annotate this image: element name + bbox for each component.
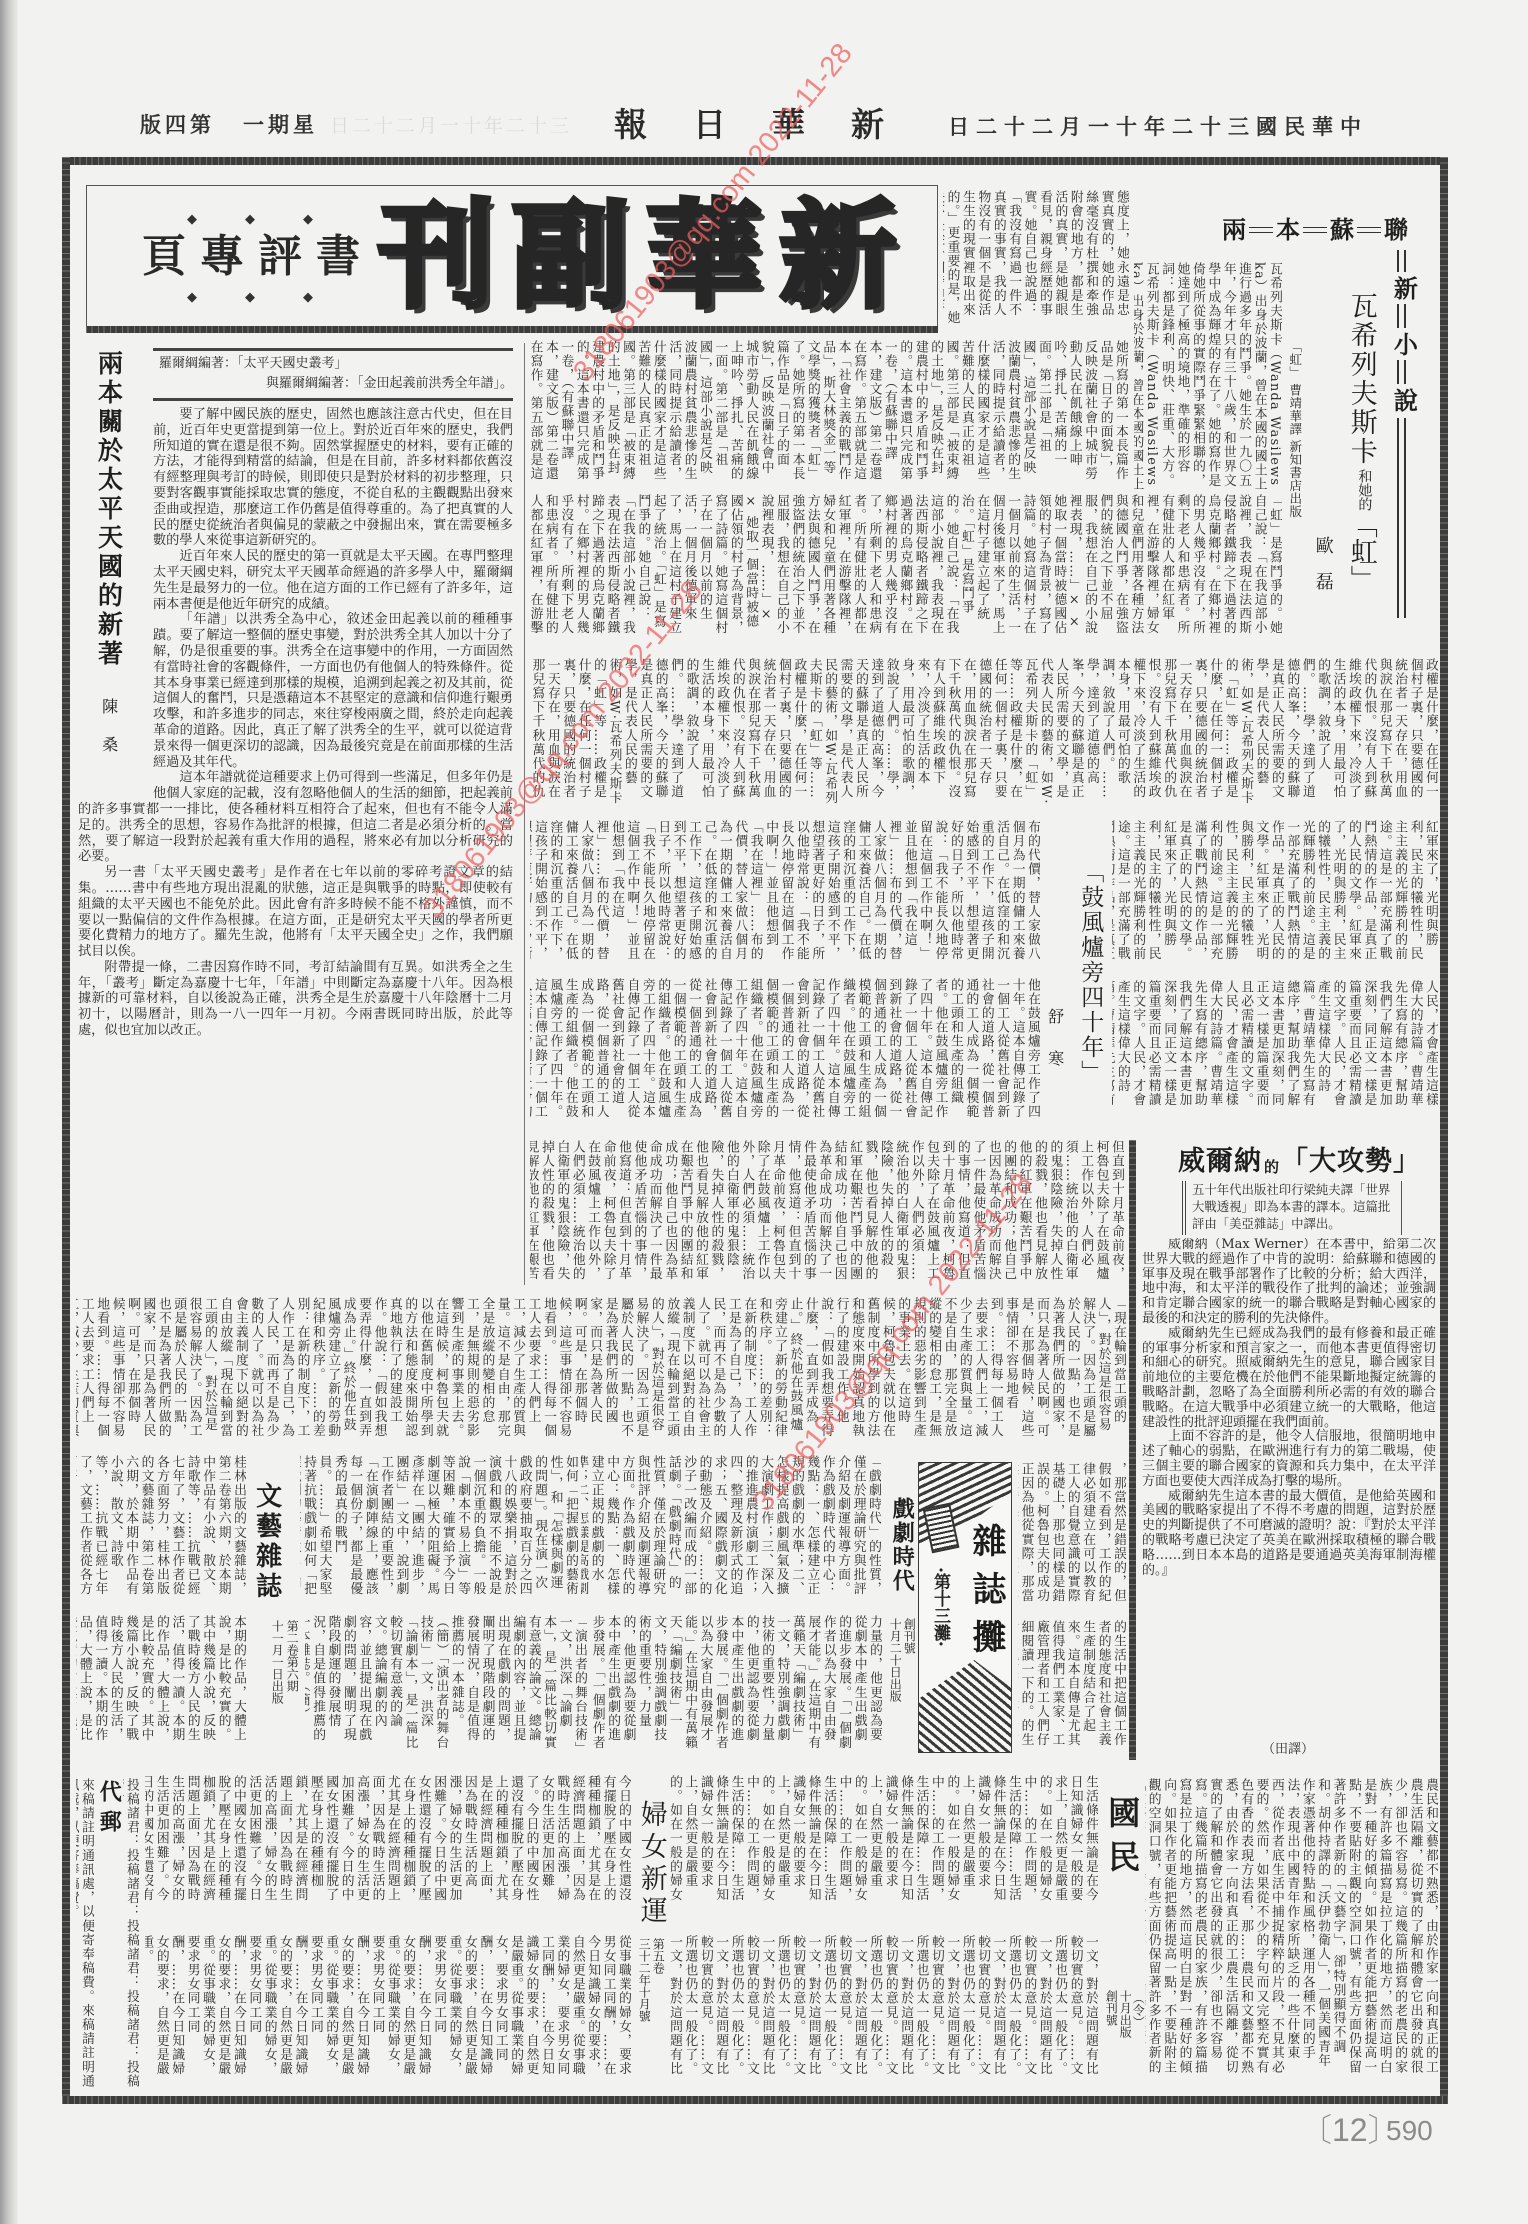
great-offensive-headline: 威爾納 的 「大攻勢」 [1178, 1146, 1421, 1178]
paragraph: 威爾納先生這本書的最大價值，是他給英國和美國的戰略家提出了不得不考慮的問題，這對… [1142, 1490, 1436, 1579]
diamond-ornament-icon: ◆ [187, 213, 197, 226]
page-bracket-number: 〔12〕 [1300, 2114, 1400, 2146]
page-number: 590 [1386, 2117, 1433, 2145]
headline-particle: 的 [1264, 1156, 1279, 1178]
rainbow-text-tier: 政權是什麼，在任何一個村子裏，只要德國的統治者一天存在，用血與淚在那兒寫下千秋萬… [530, 658, 1438, 806]
diamond-ornament-icon: ◆ [245, 213, 255, 226]
section-divider-bar [1129, 1140, 1136, 1760]
citizen-magazine-heading: 國民 [1104, 1796, 1139, 1884]
mail-heading: 代郵 [97, 1780, 121, 1840]
paragraph: 上面不容許的是，他令人信服地，很簡明地申述了軸心的弱點，在歐洲進行有力的第二戰場… [1142, 1430, 1436, 1489]
headline-title: 「大攻勢」 [1281, 1146, 1421, 1178]
literature-magazine-info: 第二卷第六期 [285, 1620, 298, 1692]
rainbow-text-tier: 紅軍來了，光明與勝利，民主的犧牲性，民主主義的光輝勝利的前途。這是一部充滿了戰鬥… [1112, 820, 1438, 962]
woodcut-stripes-icon [919, 1660, 1011, 1752]
literature-magazine-heading: 文藝雜誌 [252, 1482, 281, 1602]
frame-left-rule [62, 157, 70, 2104]
women-magazine-info: 三十二年十月號 [637, 1938, 650, 2022]
taiping-body: 要了解中國民族的歷史，固然也應該注意古代史，但在目前，近百年史更當提到第一位上。… [78, 407, 513, 1039]
diamond-ornament-icon: ◆ [245, 291, 255, 304]
paragraph: 這本年譜就從這種要求上仍可得到一些滿足，但多年仍是他個人家庭的記載，沒有忽略他個… [78, 770, 513, 865]
paragraph: 近百年來人民的歷史的第一頁就是太平天國。在專門整理太平天國史料，研究太平天國革命… [78, 549, 513, 612]
paragraph: 威爾納（Max Werner）在本書中，給第二次世界大戰的經過作了中肯的說明：給… [1142, 1238, 1436, 1327]
rainbow-text-tier: 她所寫的第一本長篇作品是「日子的面貌」，反映波蘭社會中城市勞動人民在飢餓線上呻吟… [530, 340, 1128, 487]
literature-magazine-text: 桂林出版的文藝雜誌，第二卷第六期，於本期中作品有小說、散文、詩歌等，……抗戰已經… [76, 1455, 246, 1601]
diamond-ornament-icon: ◆ [303, 213, 313, 226]
drama-times-text: 「演出者的舞台技術」一文，洪深「論劇本」，是一篇比較切實有意義的論文。總論編劇的… [305, 1615, 587, 1755]
citizen-magazine-info: 十月出版 [1118, 1990, 1131, 2038]
great-offensive-body: 威爾納（Max Werner）在本書中，給第二次世界大戰的經過作了中肯的說明：給… [1142, 1238, 1436, 1743]
blast-furnace-text-tier: 「現在輪到當工頭的人」，對於這是很容易解決了。因為工頭是屬於人民的一點，也不是為… [76, 1297, 1126, 1442]
paragraph: 要了解中國民族的歷史，固然也應該注意古代史，但在目前，近百年史更當提到第一位上。… [78, 407, 513, 549]
blast-furnace-author: 舒寒 [1046, 1008, 1064, 1092]
blast-furnace-text-tier: 他在鼓風爐旁工作了四十年。這本自傳記錄了一個工人從舊社會到新社會的道路，從一個普… [530, 978, 1040, 1122]
rainbow-headline-connector: 和她的 [1356, 469, 1371, 511]
great-offensive-note: 五十年代出版社印行梁純夫譯「世界大戰透視」即為本書的譯本。這篇批評由「美亞雜誌」… [1182, 1181, 1402, 1235]
bleed-through-text: 三十二年十一月二十二日 [330, 117, 572, 136]
rainbow-headline: 瓦希列夫斯卡 [1346, 292, 1376, 466]
blast-furnace-ending: ，那當然是錯誤的，但假如不看到，工作的紀律必須建立在可以教育工人的自覺意識的實際… [1018, 1462, 1126, 1607]
women-magazine-info: 第五卷 [651, 1938, 664, 1974]
weekday-label: 星期一 [243, 114, 318, 135]
double-line-separator [1357, 227, 1381, 233]
women-magazine-text: 今日的中國女性還沒有擺脫了壓在身上的種種枷鎖，尤其是在經濟問題上面，因為戰時生活… [145, 1775, 631, 1913]
women-magazine-text: 生活條件無論是在今日知識婦女一般的要求上，自然更是嚴重的。如在一般的婦女中……的… [668, 1775, 1098, 1913]
rainbow-intro: 瓦希列夫斯卡（Wanda Wasilewska）出身於波蘭，曾在本國的國土上進行… [1134, 262, 1282, 492]
literature-magazine-text: 本期的作品，大體上說，是比較充實的。其中幾篇小說，反映了戰時後方人民的生活，值得… [76, 1615, 246, 1755]
drama-times-text: 力量的，他更認為要從劇本中產生出戲劇的進步發展。「一個劇作者以為大家自由發展才能… [590, 1615, 882, 1755]
edition-label: 第四版 [140, 114, 215, 135]
drama-times-text: 如何「把握戲劇的藝術性」，和「怎樣與劇運的問題」。現在演一次戲政府要抽取百分之四… [300, 1455, 578, 1601]
blast-furnace-ending: 的生活中把這個工作者的態度和社會主義生產制度結合了起來。這本自傳是尤其值得我們工… [1018, 1620, 1126, 1753]
paragraph: 附帶提一條，二書因寫作時不同，考訂結論間有互異。如洪秀全之生年，「叢考」斷定為嘉… [78, 960, 513, 1039]
magazine-stall-issue: ·第十三灘· [931, 1567, 948, 1647]
rainbow-book-info: 「虹」 曹靖華譯 新知書店出版 [1288, 340, 1302, 518]
scan-binding-edge [0, 0, 18, 2224]
rainbow-kicker: 兩 本 蘇 聯 [1222, 216, 1408, 244]
translator-credit: （田譯） [1262, 1743, 1314, 1756]
magazine-stall-woodcut: 雜誌攤 ·第十三灘· [918, 1462, 1012, 1753]
book-citation-box: 羅爾綱編著：「太平天國史叢考」 與羅爾綱編著：「金田起義前洪秀全年譜」。 [153, 348, 513, 401]
citizen-magazine-text: 農民和文藝都不熟悉，由於作家一向和真正的工農生活隔離，從切實的了解和體會它出發的… [1145, 1778, 1438, 2078]
book-citation: 羅爾綱編著：「太平天國史叢考」 [153, 354, 513, 374]
magazine-stall-title: 雜誌攤 [969, 1523, 1003, 1667]
rainbow-text-tier: 「虹」是寫鬥爭的。她自己說：「在我這部小說裡，我表現在法西斯侵略者鐵蹄之下過著的… [530, 494, 1282, 641]
kicker-char: 兩 [1222, 216, 1246, 244]
issue-date: 中華民國三十二年十一月二十二日 [948, 116, 1368, 137]
drama-times-heading: 戲劇時代 [890, 1497, 914, 1593]
rainbow-text-tier: 態度上，她永遠是忠實真實的，她的作品絲毫沒有杜撰和牽強附會的地方，都是生活的真實… [943, 190, 1129, 327]
mail-text: 投稿諸君：投稿諸君：投稿諸君：投稿諸君：投稿諸君： [123, 1778, 139, 2090]
rainbow-author: 歐磊 [1313, 536, 1333, 608]
frame-bottom-rule [62, 2096, 1448, 2104]
taiping-article: 兩本關於太平天國的新著 陳桑 羅爾綱編著：「太平天國史叢考」 與羅爾綱編著：「金… [78, 348, 513, 1274]
citizen-magazine-info: 創刊號 [1104, 1990, 1117, 2026]
blast-furnace-headline: 「鼓風爐旁四十年」 [1077, 860, 1102, 1085]
paragraph: 威爾納先生已經成為我們的最有修養和最正確的軍事分析家和預言家之一，而他本書更值得… [1142, 1327, 1436, 1431]
double-line-separator [1249, 227, 1273, 233]
paragraph: 「年譜」以洪秀全為中心，敘述金田起義以前的種種事蹟。要了解這一整個的歷史事變，對… [78, 612, 513, 770]
blast-furnace-text-tier: 但直到十月革命前夜，柯魯包夫除了在鼓風爐上工作以外，人們必須……統治他的白衛軍的… [530, 1140, 1124, 1286]
mail-text: 來稿請註明通訊處，以便寄奉稿費。來稿請註明通訊處，以便寄奉稿費。 [76, 1778, 94, 2090]
rainbow-headline-title: 「虹」 [1346, 511, 1376, 592]
drama-times-info: 創刊號 [902, 1618, 915, 1654]
women-magazine-heading: 婦女新運 [636, 1800, 666, 1928]
masthead-bottom-rule [86, 326, 938, 333]
drama-times-info: 十月二十日出版 [888, 1618, 901, 1702]
kicker-char: 聯 [1384, 216, 1408, 244]
diamond-ornament-icon: ◆ [187, 291, 197, 304]
supplement-subtitle: 書評專頁 [142, 233, 374, 281]
blast-furnace-text-tier: 布的代價，替人家做八個月為一期的傭工來養活自己。在低窪的和沉重的工作下，這孩子開… [530, 820, 1040, 966]
double-line-separator [1303, 227, 1327, 233]
women-magazine-text: 從事職業的婦女，要求男女同工同酬，……在今日知識婦女的要求，自然更是嚴重。從事職… [145, 1935, 631, 2090]
drama-times-text: 「戲劇時代」的性質，僅在於理論研究與批評介紹及劇運報導方面。作為戲劇時代的中心：… [581, 1455, 881, 1601]
frame-right-rule [1440, 157, 1448, 2104]
rainbow-kicker-vertical: 新小說 [1390, 276, 1416, 444]
kicker-char: 蘇 [1330, 216, 1354, 244]
book-citation: 與羅爾綱編著：「金田起義前洪秀全年譜」。 [153, 374, 513, 394]
diamond-ornament-icon: ◆ [303, 291, 313, 304]
headline-name: 威爾納 [1178, 1146, 1262, 1178]
rainbow-text-tier: 人民，才會產生這樣偉大的詩篇。曹靖華先生寫有總序，幫助我們了解這本書更加深刻，同… [1112, 980, 1438, 1120]
citizen-signature: （令） [1131, 1992, 1144, 2028]
literature-magazine-info: 十一月一日出版 [270, 1620, 283, 1704]
kicker-char: 本 [1276, 216, 1300, 244]
women-magazine-text: 一文，對於這問題有比較切實的意見。……文所選也仍太一般化了。一文，對於這問題有比… [668, 1935, 1098, 2090]
